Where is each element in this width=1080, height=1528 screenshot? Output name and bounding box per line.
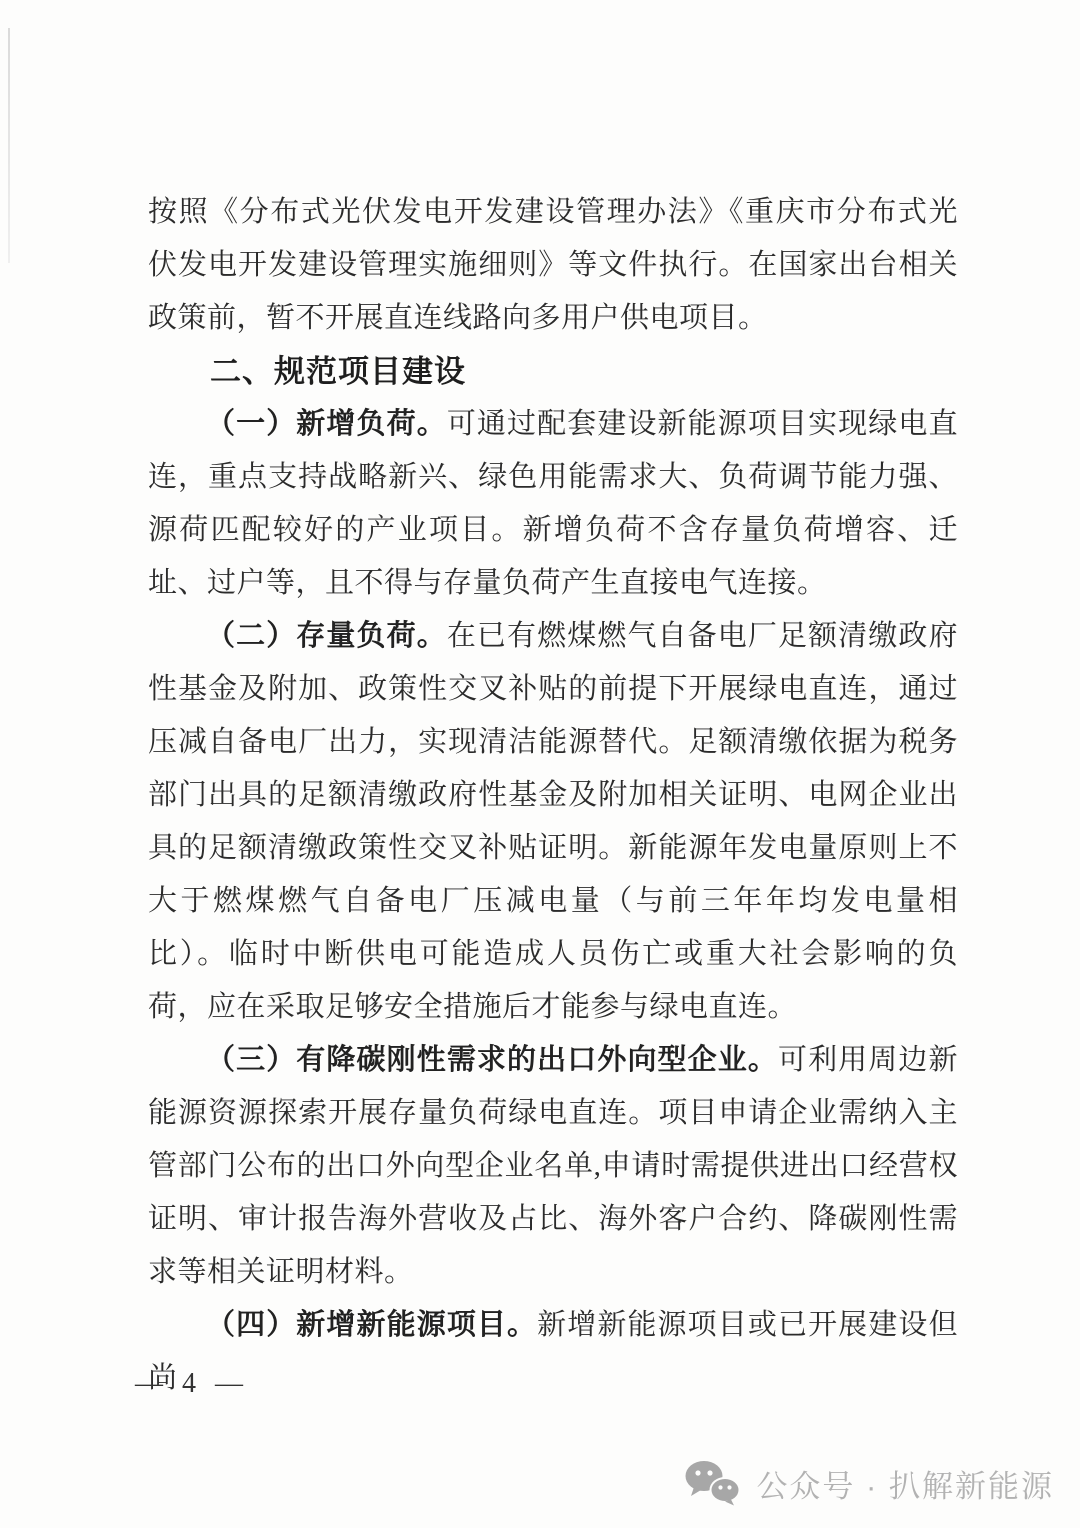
page-number: — 4 — — [135, 1368, 249, 1400]
document-body: 按照《分布式光伏发电开发建设管理办法》《重庆市分布式光伏发电开发建设管理实施细则… — [148, 186, 958, 1405]
paragraph-item-3: （三）有降碳刚性需求的出口外向型企业。可利用周边新能源资源探索开展存量负荷绿电直… — [148, 1034, 958, 1299]
scanned-document-page: { "colors": { "page_background": "#fdfdf… — [0, 0, 1080, 1528]
paragraph-lead: （三）有降碳刚性需求的出口外向型企业。 — [206, 1044, 778, 1076]
section-heading: 二、规范项目建设 — [148, 345, 958, 398]
paragraph-lead: （四）新增新能源项目。 — [206, 1309, 537, 1341]
paragraph-text: 在已有燃煤燃气自备电厂足额清缴政府性基金及附加、政策性交叉补贴的前提下开展绿电直… — [148, 620, 958, 1023]
paragraph-text: 按照《分布式光伏发电开发建设管理办法》《重庆市分布式光伏发电开发建设管理实施细则… — [148, 196, 958, 334]
paragraph-item-1: （一）新增负荷。可通过配套建设新能源项目实现绿电直连，重点支持战略新兴、绿色用能… — [148, 398, 958, 610]
watermark: 公众号 · 扒解新能源 — [684, 1460, 1054, 1506]
watermark-label: 公众号 · 扒解新能源 — [756, 1461, 1054, 1506]
wechat-icon — [684, 1460, 742, 1506]
paragraph-item-4: （四）新增新能源项目。新增新能源项目或已开展建设但尚 — [148, 1299, 958, 1405]
paragraph-text: 可利用周边新能源资源探索开展存量负荷绿电直连。项目申请企业需纳入主管部门公布的出… — [148, 1044, 958, 1288]
scan-artifact-line — [8, 28, 10, 263]
paragraph-lead: （二）存量负荷。 — [206, 620, 447, 652]
paragraph-continuation: 按照《分布式光伏发电开发建设管理办法》《重庆市分布式光伏发电开发建设管理实施细则… — [148, 186, 958, 345]
paragraph-lead: （一）新增负荷。 — [206, 408, 447, 440]
paragraph-item-2: （二）存量负荷。在已有燃煤燃气自备电厂足额清缴政府性基金及附加、政策性交叉补贴的… — [148, 610, 958, 1034]
